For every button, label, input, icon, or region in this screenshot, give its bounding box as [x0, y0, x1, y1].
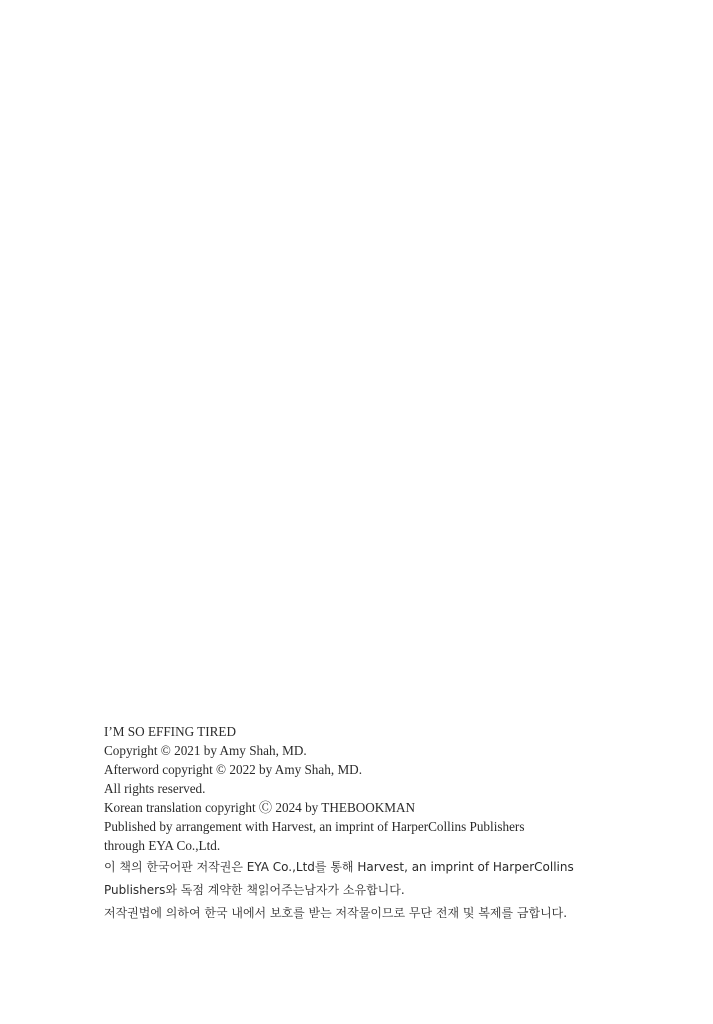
copyright-line: Copyright © 2021 by Amy Shah, MD.: [104, 741, 564, 760]
korean-notice-line-2: Publishers와 독점 계약한 책읽어주는남자가 소유합니다.: [104, 879, 564, 901]
book-page: I’M SO EFFING TIRED Copyright © 2021 by …: [0, 0, 713, 1024]
publication-arrangement-line-1: Published by arrangement with Harvest, a…: [104, 817, 564, 836]
book-title: I’M SO EFFING TIRED: [104, 722, 564, 741]
publication-arrangement-line-2: through EYA Co.,Ltd.: [104, 836, 564, 855]
korean-notice-line-3: 저작권법에 의하여 한국 내에서 보호를 받는 저작물이므로 무단 전재 및 복…: [104, 902, 564, 924]
rights-line: All rights reserved.: [104, 779, 564, 798]
copyright-colophon: I’M SO EFFING TIRED Copyright © 2021 by …: [104, 722, 564, 924]
korean-translation-copyright: Korean translation copyright Ⓒ 2024 by T…: [104, 798, 564, 817]
afterword-copyright-line: Afterword copyright © 2022 by Amy Shah, …: [104, 760, 564, 779]
korean-notice-line-1: 이 책의 한국어판 저작권은 EYA Co.,Ltd를 통해 Harvest, …: [104, 856, 564, 878]
